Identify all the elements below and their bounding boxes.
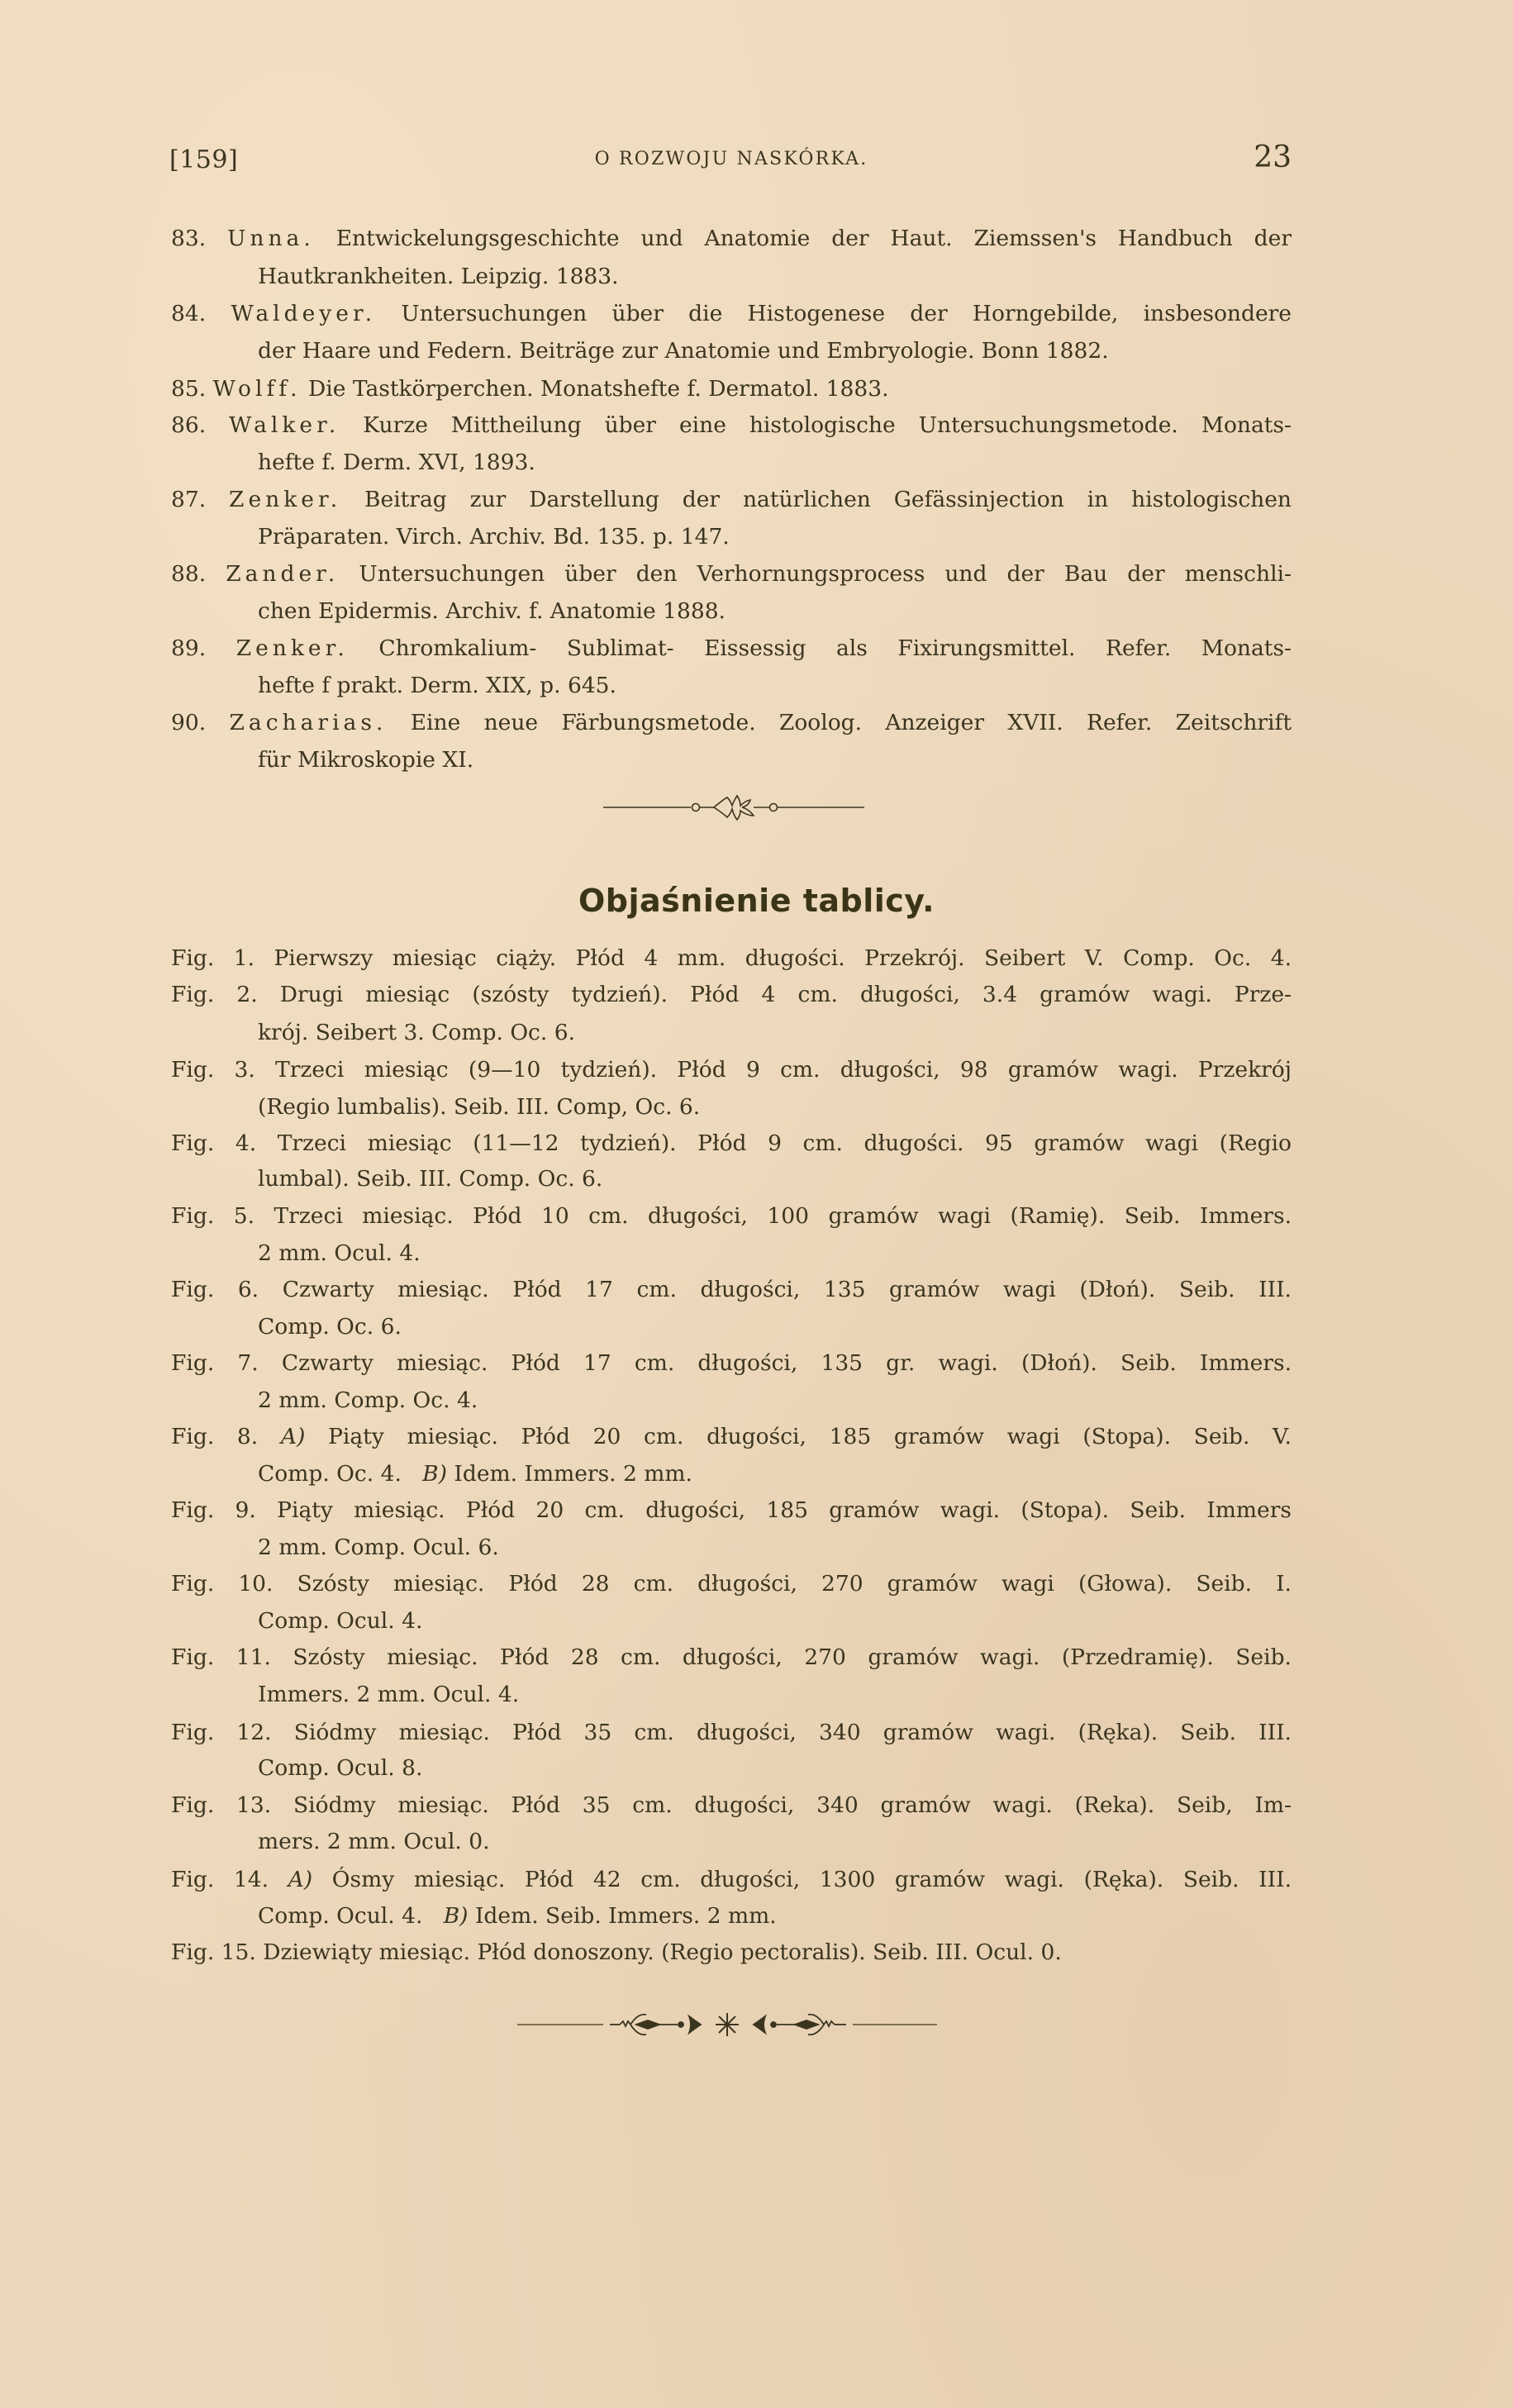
reference-number: 89. [171, 635, 206, 661]
reference-entry-83: 83. Unna. Entwickelungsgeschichte und An… [171, 225, 1292, 253]
figure-label: Fig. 15. [171, 1939, 256, 1965]
figure-label: Fig. 7. [171, 1350, 259, 1376]
figure-continuation: 2 mm. Comp. Ocul. 6. [258, 1534, 1292, 1562]
reference-number: 88. [171, 561, 206, 587]
figure-entry-7: Fig. 7. Czwarty miesiąc. Płód 17 cm. dłu… [171, 1349, 1292, 1378]
reference-author: Zenker. [229, 487, 341, 512]
figure-text: Szósty miesiąc. Płód 28 cm. długości, 27… [297, 1571, 1292, 1597]
figure-continuation: Comp. Ocul. 8. [258, 1754, 1292, 1782]
figure-entry-4: Fig. 4. Trzeci miesiąc (11—12 tydzień). … [171, 1130, 1292, 1158]
reference-entry-89: 89. Zenker. Chromkalium- Sublimat- Eisse… [171, 635, 1292, 663]
figure-label: Fig. 2. [171, 982, 258, 1007]
figure-label: Fig. 1. [171, 945, 255, 971]
figure-entry-13: Fig. 13. Siódmy miesiąc. Płód 35 cm. dłu… [171, 1792, 1292, 1820]
reference-continuation: Präparaten. Virch. Archiv. Bd. 135. p. 1… [258, 523, 1292, 551]
figure-text: Drugi miesiąc (szósty tydzień). Płód 4 c… [280, 982, 1292, 1007]
reference-author: Zacharias. [229, 710, 387, 735]
reference-entry-90: 90. Zacharias. Eine neue Färbungsmetode.… [171, 709, 1292, 737]
figure-label: Fig. 13. [171, 1792, 271, 1818]
figure-label: Fig. 3. [171, 1057, 255, 1083]
figure-text: Ósmy miesiąc. Płód 42 cm. długości, 1300… [332, 1867, 1292, 1892]
figure-continuation: Comp. Oc. 4. B) Idem. Immers. 2 mm. [258, 1460, 1292, 1488]
figure-entry-5: Fig. 5. Trzeci miesiąc. Płód 10 cm. dług… [171, 1202, 1292, 1230]
figure-entry-10: Fig. 10. Szósty miesiąc. Płód 28 cm. dłu… [171, 1570, 1292, 1598]
figure-text: Siódmy miesiąc. Płód 35 cm. długości, 34… [294, 1720, 1292, 1745]
figure-label: Fig. 12. [171, 1720, 272, 1745]
figure-continuation: Comp. Ocul. 4. [258, 1607, 1292, 1635]
figure-continuation: Immers. 2 mm. Ocul. 4. [258, 1681, 1292, 1709]
figure-continuation: 2 mm. Ocul. 4. [258, 1240, 1292, 1268]
figure-subpart-label: B) [444, 1903, 469, 1929]
reference-text: Untersuchungen über die Histogenese der … [401, 301, 1292, 326]
figure-text: Czwarty miesiąc. Płód 17 cm. długości, 1… [282, 1350, 1292, 1376]
reference-number: 84. [171, 301, 206, 326]
figure-label: Fig. 4. [171, 1130, 256, 1156]
figure-entry-12: Fig. 12. Siódmy miesiąc. Płód 35 cm. dłu… [171, 1719, 1292, 1747]
reference-continuation: Hautkrankheiten. Leipzig. 1883. [258, 263, 1292, 291]
figure-text: Piąty miesiąc. Płód 20 cm. długości, 185… [328, 1424, 1292, 1449]
figure-continuation: 2 mm. Comp. Oc. 4. [258, 1387, 1292, 1415]
reference-continuation: für Mikroskopie XI. [258, 746, 1292, 774]
figure-text: Szósty miesiąc. Płód 28 cm. długości, 27… [293, 1644, 1292, 1670]
figure-text: Piąty miesiąc. Płód 20 cm. długości, 185… [277, 1497, 1292, 1523]
figure-entry-9: Fig. 9. Piąty miesiąc. Płód 20 cm. długo… [171, 1497, 1292, 1525]
book-page: [159] O ROZWOJU NASKÓRKA. 23 83. Unna. E… [0, 0, 1513, 2408]
running-title: O ROZWOJU NASKÓRKA. [171, 149, 1292, 169]
figure-entry-15: Fig. 15. Dziewiąty miesiąc. Płód donoszo… [171, 1939, 1292, 1967]
figure-entry-1: Fig. 1. Pierwszy miesiąc ciąży. Płód 4 m… [171, 945, 1292, 973]
figure-continuation: Comp. Ocul. 4. B) Idem. Seib. Immers. 2 … [258, 1902, 1292, 1930]
figure-entry-6: Fig. 6. Czwarty miesiąc. Płód 17 cm. dłu… [171, 1276, 1292, 1304]
figure-text: Idem. Seib. Immers. 2 mm. [475, 1903, 777, 1929]
reference-author: Zander. [226, 561, 339, 587]
figure-label: Fig. 14. [171, 1867, 269, 1892]
figure-label: Fig. 9. [171, 1497, 256, 1523]
reference-text: Die Tastkörperchen. Monatshefte f. Derma… [308, 376, 889, 402]
figure-text: Trzeci miesiąc (11—12 tydzień). Płód 9 c… [278, 1130, 1292, 1156]
figure-label: Fig. 6. [171, 1277, 259, 1302]
reference-number: 90. [171, 710, 206, 735]
figure-text: Dziewiąty miesiąc. Płód donoszony. (Regi… [263, 1939, 1062, 1965]
figure-continuation: (Regio lumbalis). Seib. III. Comp, Oc. 6… [258, 1093, 1292, 1121]
reference-entry-87: 87. Zenker. Beitrag zur Darstellung der … [171, 486, 1292, 514]
figure-label: Fig. 11. [171, 1644, 271, 1670]
reference-number: 85. [171, 376, 206, 402]
reference-entry-84: 84. Waldeyer. Untersuchungen über die Hi… [171, 300, 1292, 328]
figure-continuation: Comp. Oc. 6. [258, 1313, 1292, 1341]
reference-author: Unna. [227, 226, 315, 251]
reference-continuation: chen Epidermis. Archiv. f. Anatomie 1888… [258, 597, 1292, 626]
figure-text: Trzeci miesiąc. Płód 10 cm. długości, 10… [274, 1203, 1292, 1229]
figure-entry-3: Fig. 3. Trzeci miesiąc (9—10 tydzień). P… [171, 1056, 1292, 1084]
figure-text: Comp. Oc. 4. [258, 1461, 402, 1487]
page-number: 23 [1254, 140, 1292, 174]
reference-text: Untersuchungen über den Verhornungsproce… [359, 561, 1292, 587]
running-header: [159] O ROZWOJU NASKÓRKA. 23 [171, 140, 1292, 174]
reference-continuation: der Haare und Federn. Beiträge zur Anato… [258, 337, 1292, 365]
figure-label: Fig. 8. [171, 1424, 258, 1449]
figure-subpart-label: A) [281, 1424, 305, 1449]
reference-author: Waldeyer. [231, 301, 376, 326]
figure-label: Fig. 5. [171, 1203, 255, 1229]
reference-number: 86. [171, 412, 206, 438]
figure-text: Siódmy miesiąc. Płód 35 cm. długości, 34… [293, 1792, 1292, 1818]
figure-text: Trzeci miesiąc (9—10 tydzień). Płód 9 cm… [275, 1057, 1292, 1083]
reference-entry-88: 88. Zander. Untersuchungen über den Verh… [171, 560, 1292, 588]
figure-text: Czwarty miesiąc. Płód 17 cm. długości, 1… [283, 1277, 1292, 1302]
figure-continuation: krój. Seibert 3. Comp. Oc. 6. [258, 1019, 1292, 1047]
reference-entry-85: 85. Wolff. Die Tastkörperchen. Monatshef… [171, 375, 1292, 403]
figure-entry-11: Fig. 11. Szósty miesiąc. Płód 28 cm. dłu… [171, 1644, 1292, 1672]
reference-author: Walker. [229, 412, 340, 438]
figure-continuation: mers. 2 mm. Ocul. 0. [258, 1828, 1292, 1856]
ornament-divider-flower-icon [602, 789, 866, 826]
figure-text: Comp. Ocul. 4. [258, 1903, 422, 1929]
reference-text: Kurze Mittheilung über eine histologisch… [363, 412, 1292, 438]
reference-text: Entwickelungsgeschichte und Anatomie der… [336, 226, 1292, 251]
reference-number: 83. [171, 226, 206, 251]
reference-text: Beitrag zur Darstellung der natürlichen … [364, 487, 1292, 512]
figure-entry-8: Fig. 8. A) Piąty miesiąc. Płód 20 cm. dł… [171, 1423, 1292, 1451]
figure-continuation: lumbal). Seib. III. Comp. Oc. 6. [258, 1165, 1292, 1193]
reference-author: Zenker. [236, 635, 349, 661]
ornament-divider-fleuron-icon [514, 2006, 940, 2043]
figure-text: Pierwszy miesiąc ciąży. Płód 4 mm. długo… [274, 945, 1292, 971]
figure-entry-14: Fig. 14. A) Ósmy miesiąc. Płód 42 cm. dł… [171, 1866, 1292, 1894]
reference-number: 87. [171, 487, 206, 512]
reference-text: Chromkalium- Sublimat- Eissessig als Fix… [378, 635, 1292, 661]
figure-label: Fig. 10. [171, 1571, 273, 1597]
figure-entry-2: Fig. 2. Drugi miesiąc (szósty tydzień). … [171, 981, 1292, 1009]
reference-text: Eine neue Färbungsmetode. Zoolog. Anzeig… [411, 710, 1292, 735]
section-title: Objaśnienie tablicy. [0, 883, 1513, 919]
reference-author: Wolff. [213, 376, 302, 402]
figure-text: Idem. Immers. 2 mm. [454, 1461, 692, 1487]
reference-entry-86: 86. Walker. Kurze Mittheilung über eine … [171, 412, 1292, 440]
reference-continuation: hefte f. Derm. XVI, 1893. [258, 449, 1292, 477]
figure-subpart-label: B) [422, 1461, 447, 1487]
figure-subpart-label: A) [288, 1867, 312, 1892]
reference-continuation: hefte f prakt. Derm. XIX, p. 645. [258, 672, 1292, 700]
